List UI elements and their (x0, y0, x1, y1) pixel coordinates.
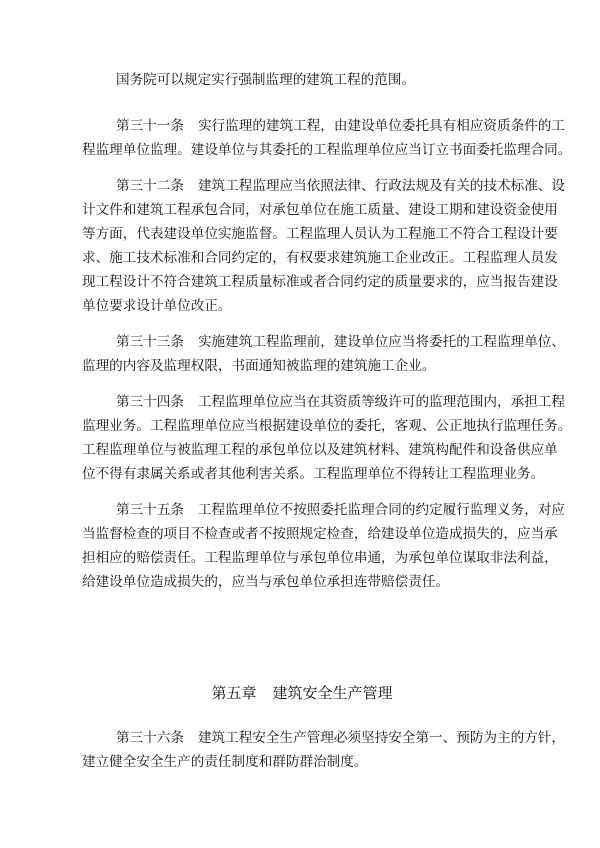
chapter-title: 建筑安全生产管理 (273, 684, 393, 702)
article-number: 第三十四条 (116, 394, 184, 410)
article-number: 第三十五条 (116, 502, 184, 518)
article-text: 实施建筑工程监理前，建设单位应当将委托的工程监理单位、 (198, 334, 565, 350)
article-line: 第三十二条建筑工程监理应当依照法律、行政法规及有关的技术标准、设 (82, 177, 522, 195)
article-text: 实行监理的建筑工程，由建设单位委托具有相应资质条件的工 (198, 118, 565, 134)
article-line: 工程监理单位与被监理工程的承包单位以及建筑材料、建筑构配件和设备供应单 (82, 441, 522, 459)
article-line: 给建设单位造成损失的，应当与承包单位承担连带赔偿责任。 (82, 573, 522, 591)
article-line: 位不得有隶属关系或者其他利害关系。工程监理单位不得转让工程监理业务。 (82, 465, 522, 483)
article-number: 第三十六条 (116, 730, 184, 746)
article-line: 现工程设计不符合建筑工程质量标准或者合同约定的质量要求的，应当报告建设 (82, 273, 522, 291)
article-number: 第三十二条 (116, 178, 184, 194)
article-number: 第三十三条 (116, 334, 184, 350)
article-line: 单位要求设计单位改正。 (82, 297, 522, 315)
article-line: 当监督检查的项目不检查或者不按照规定检查，给建设单位造成损失的，应当承 (82, 525, 522, 543)
article-line: 求、施工技术标准和合同约定的，有权要求建筑施工企业改正。工程监理人员发 (82, 249, 522, 267)
chapter-heading: 第五章建筑安全生产管理 (82, 683, 522, 703)
article-number: 第三十一条 (116, 118, 184, 134)
paragraph-text: 国务院可以规定实行强制监理的建筑工程的范围。 (116, 72, 415, 88)
article-line: 监理的内容及监理权限，书面通知被监理的建筑施工企业。 (82, 357, 522, 375)
article-line: 建立健全安全生产的责任制度和群防群治制度。 (82, 753, 522, 771)
article-line: 第三十三条实施建筑工程监理前，建设单位应当将委托的工程监理单位、 (82, 333, 522, 351)
paragraph-lead: 国务院可以规定实行强制监理的建筑工程的范围。 (82, 71, 522, 89)
chapter-number: 第五章 (211, 684, 256, 702)
article-text: 建筑工程安全生产管理必须坚持安全第一、预防为主的方针， (198, 730, 565, 746)
article-line: 等方面，代表建设单位实施监督。工程监理人员认为工程施工不符合工程设计要 (82, 225, 522, 243)
article-line: 监理业务。工程监理单位应当根据建设单位的委托，客观、公正地执行监理任务。 (82, 417, 522, 435)
article-line: 第三十六条建筑工程安全生产管理必须坚持安全第一、预防为主的方针， (82, 729, 522, 747)
article-line: 担相应的赔偿责任。工程监理单位与承包单位串通，为承包单位谋取非法利益， (82, 549, 522, 567)
article-line: 第三十四条工程监理单位应当在其资质等级许可的监理范围内，承担工程 (82, 393, 522, 411)
article-text: 建筑工程监理应当依照法律、行政法规及有关的技术标准、设 (198, 178, 565, 194)
article-line: 第三十五条工程监理单位不按照委托监理合同的约定履行监理义务，对应 (82, 501, 522, 519)
article-line: 程监理单位监理。建设单位与其委托的工程监理单位应当订立书面委托监理合同。 (82, 141, 522, 159)
article-line: 计文件和建筑工程承包合同，对承包单位在施工质量、建设工期和建设资金使用 (82, 201, 522, 219)
article-line: 第三十一条实行监理的建筑工程，由建设单位委托具有相应资质条件的工 (82, 117, 522, 135)
article-text: 工程监理单位应当在其资质等级许可的监理范围内，承担工程 (198, 394, 565, 410)
article-text: 工程监理单位不按照委托监理合同的约定履行监理义务，对应 (198, 502, 565, 518)
